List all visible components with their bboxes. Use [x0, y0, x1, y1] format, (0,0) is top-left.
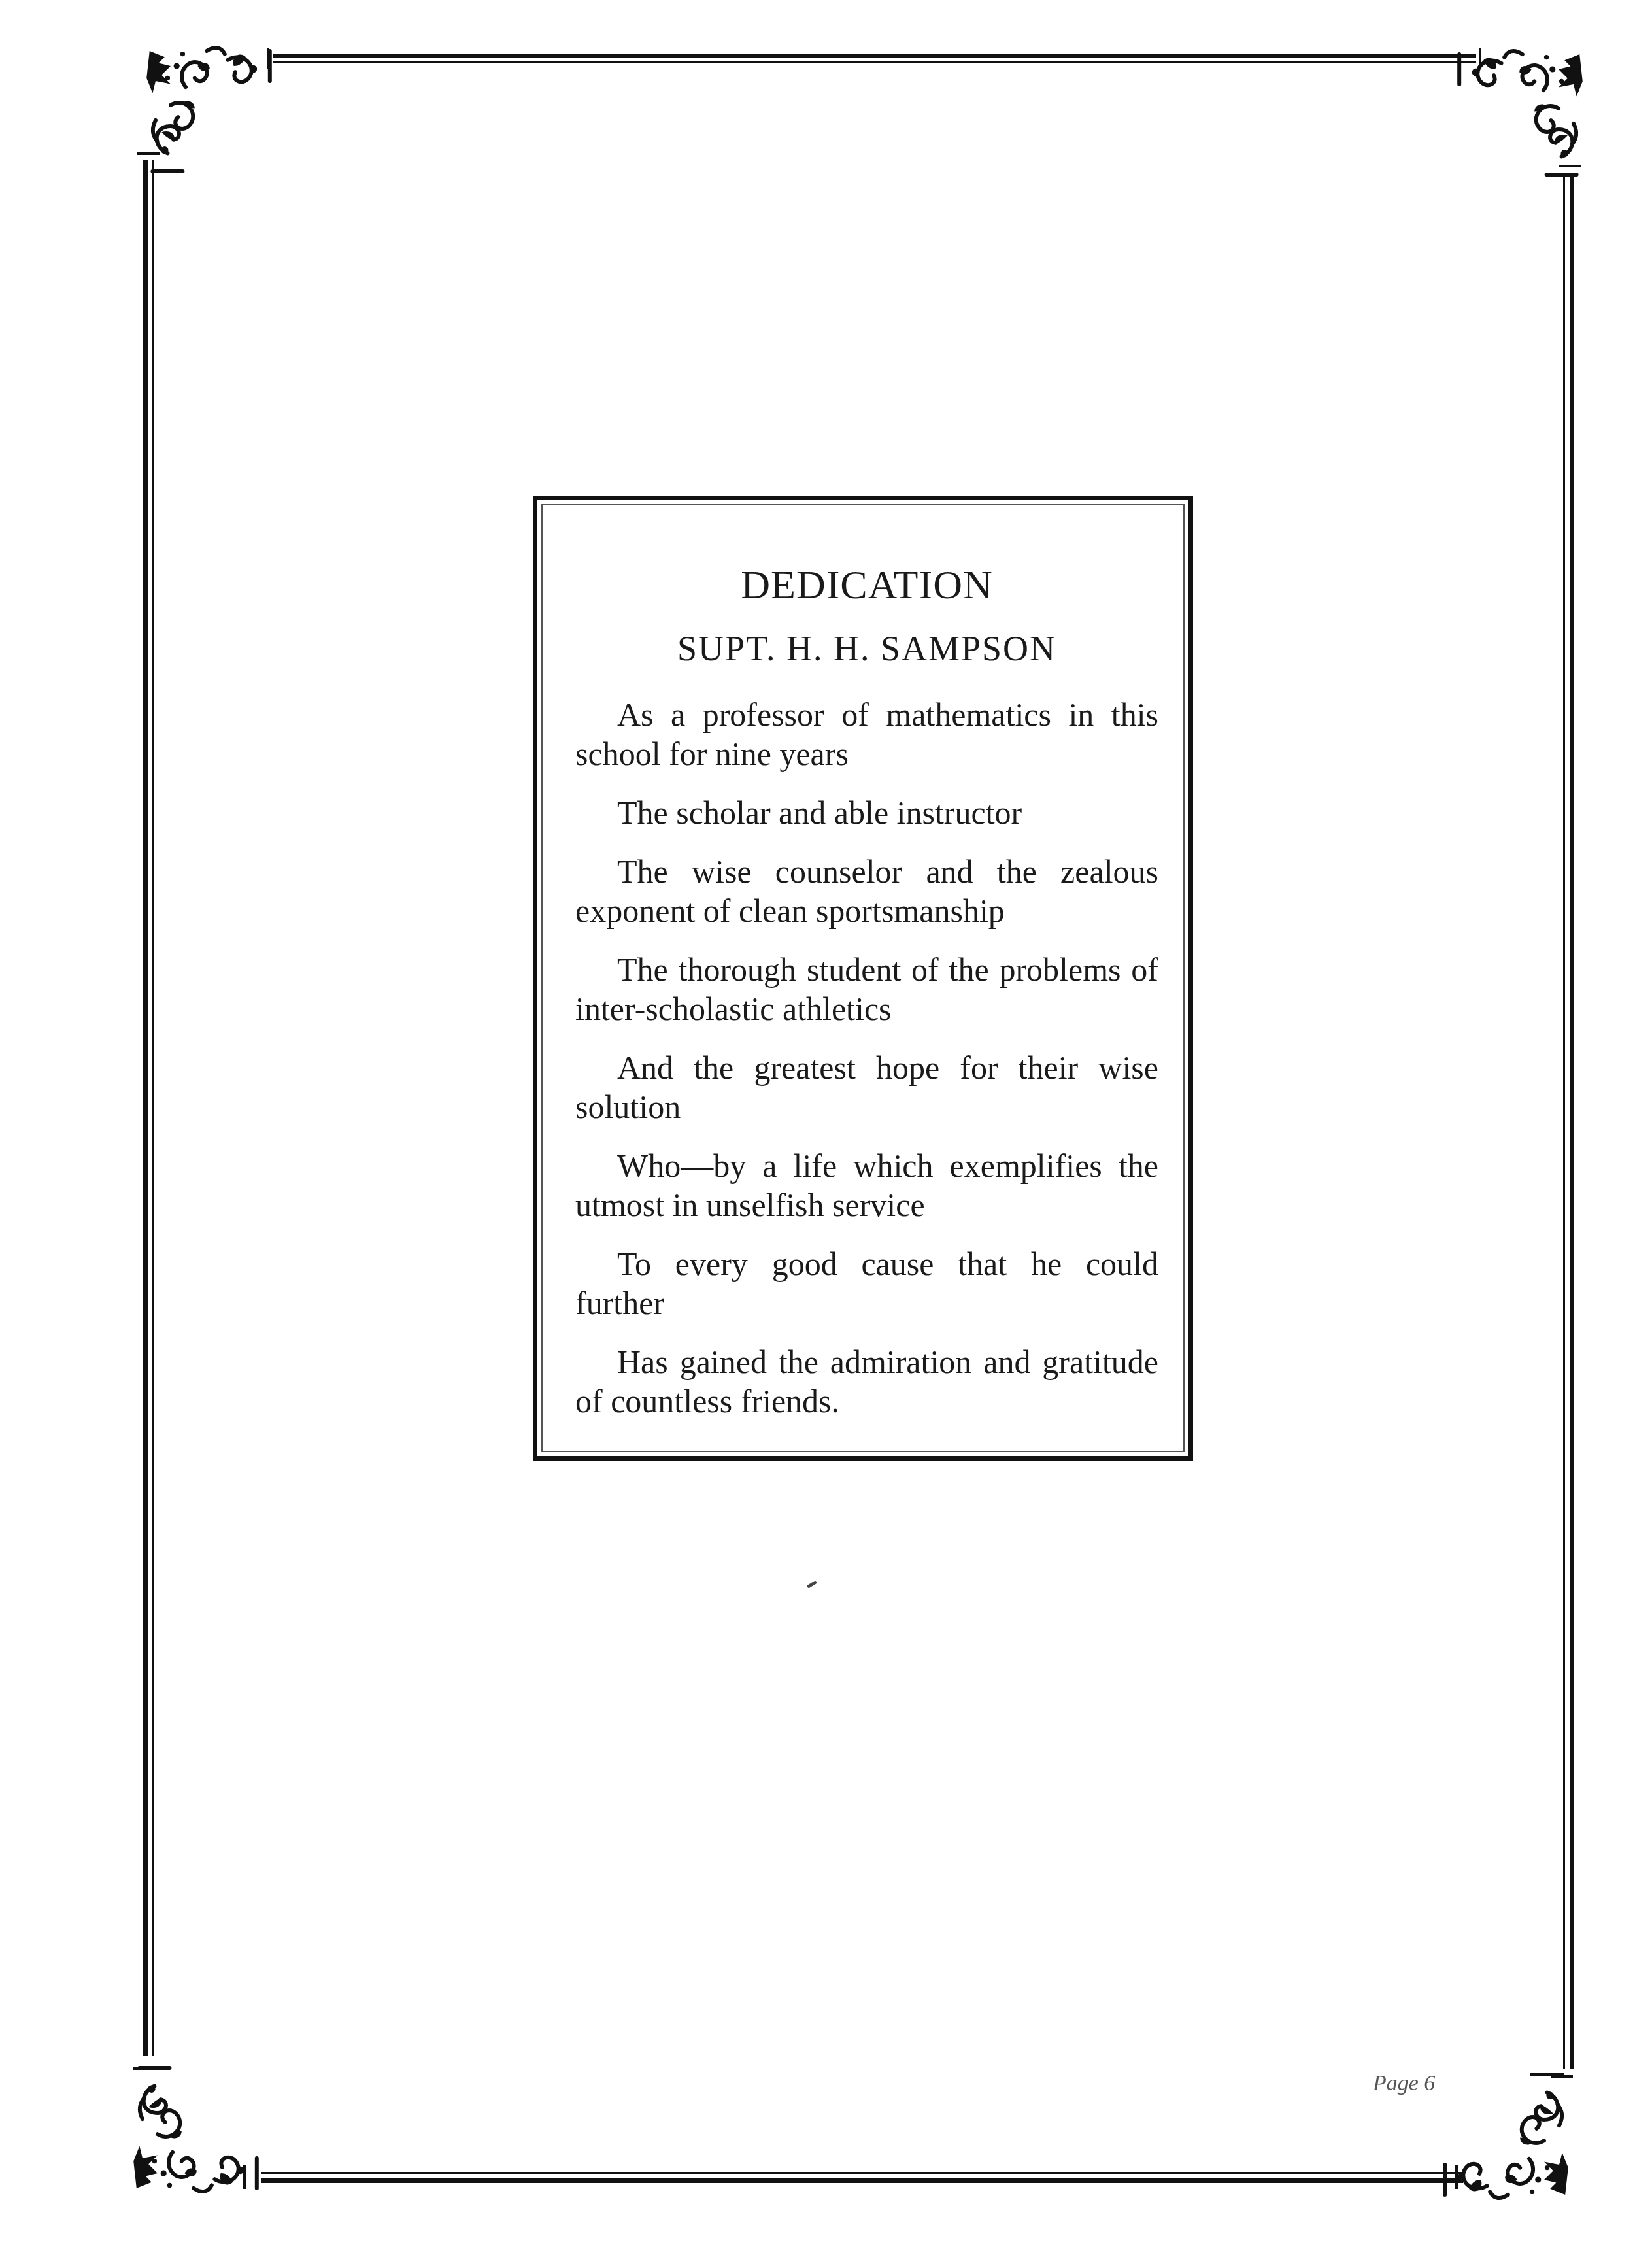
- ornament-top-right-svg: [1438, 39, 1589, 190]
- scroll-ornament-icon: [1438, 39, 1589, 190]
- page-number: Page 6: [1373, 2071, 1435, 2096]
- dedication-paragraph: Who—by a life which exemplifies the utmo…: [575, 1146, 1158, 1225]
- dedication-content: DEDICATION SUPT. H. H. SAMPSON As a prof…: [575, 563, 1158, 1440]
- frame-left-thin: [152, 160, 154, 2056]
- frame-left-thick: [143, 160, 148, 2056]
- frame-bottom-thick: [261, 2178, 1463, 2183]
- dedication-paragraph: To every good cause that he could furthe…: [575, 1244, 1158, 1323]
- frame-bottom-thin: [261, 2172, 1463, 2174]
- scroll-ornament-icon: [127, 2053, 278, 2203]
- scroll-ornament-icon: [141, 36, 291, 186]
- frame-top-thin: [273, 61, 1476, 63]
- dedication-subtitle: SUPT. H. H. SAMPSON: [575, 630, 1158, 668]
- dedication-title: DEDICATION: [575, 563, 1158, 607]
- ornament-top-left-svg: [141, 36, 291, 186]
- dedication-paragraph: As a professor of mathematics in this sc…: [575, 695, 1158, 773]
- frame-right-thick: [1570, 173, 1574, 2069]
- dedication-paragraph: The wise counselor and the zeal­ous expo…: [575, 852, 1158, 930]
- frame-right-thin: [1563, 173, 1565, 2069]
- dedication-paragraph: Has gained the admiration and gratitude …: [575, 1342, 1158, 1421]
- ornament-bottom-left-svg: [127, 2053, 278, 2203]
- scroll-ornament-icon: [1424, 2059, 1574, 2210]
- ornament-bottom-right-svg: [1424, 2059, 1574, 2210]
- dedication-paragraph: The thorough student of the prob­lems of…: [575, 950, 1158, 1028]
- dedication-paragraph: And the greatest hope for their wise sol…: [575, 1048, 1158, 1126]
- dedication-paragraph: The scholar and able instructor: [575, 793, 1158, 832]
- frame-top-thick: [273, 54, 1476, 58]
- dedication-box: DEDICATION SUPT. H. H. SAMPSON As a prof…: [533, 496, 1193, 1461]
- print-speck: [807, 1580, 817, 1589]
